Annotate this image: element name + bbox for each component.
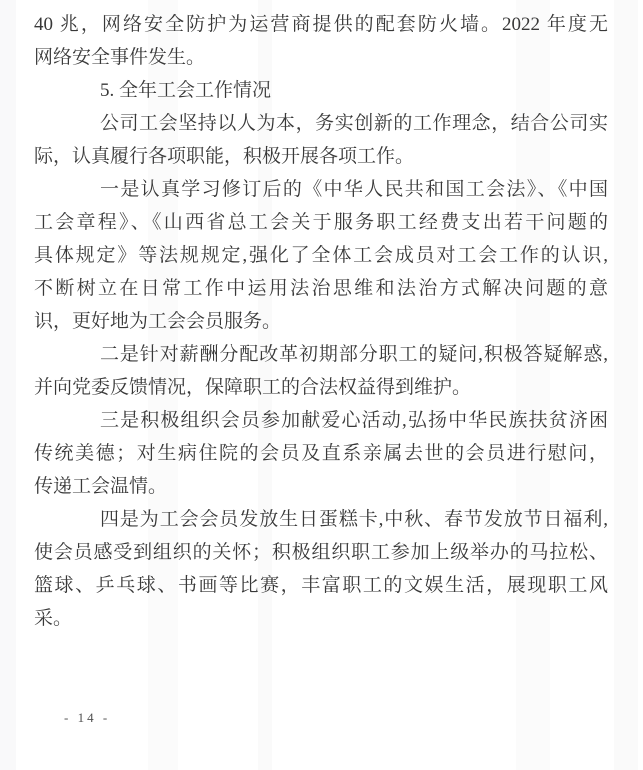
document-body: 40 兆，网络安全防护为运营商提供的配套防火墙。2022 年度无网络安全事件发生… bbox=[34, 8, 608, 635]
text-line: 40 兆，网络安全防护为运营商提供的配套防火墙。2022 年度无 bbox=[34, 8, 608, 41]
text-line: 际，认真履行各项职能，积极开展各项工作。 bbox=[34, 140, 608, 173]
text-line: 5. 全年工会工作情况 bbox=[34, 74, 608, 107]
text-line: 采。 bbox=[34, 602, 608, 635]
text-line: 二是针对薪酬分配改革初期部分职工的疑问,积极答疑解惑, bbox=[34, 338, 608, 371]
text-line: 识，更好地为工会会员服务。 bbox=[34, 305, 608, 338]
text-line: 具体规定》等法规规定,强化了全体工会成员对工会工作的认识, bbox=[34, 239, 608, 272]
text-line: 篮球、乒乓球、书画等比赛，丰富职工的文娱生活，展现职工风 bbox=[34, 569, 608, 602]
text-line: 三是积极组织会员参加献爱心活动,弘扬中华民族扶贫济困 bbox=[34, 404, 608, 437]
text-line: 公司工会坚持以人为本，务实创新的工作理念，结合公司实 bbox=[34, 107, 608, 140]
text-line: 四是为工会会员发放生日蛋糕卡,中秋、春节发放节日福利, bbox=[34, 503, 608, 536]
text-line: 网络安全事件发生。 bbox=[34, 41, 608, 74]
text-line: 一是认真学习修订后的《中华人民共和国工会法》、《中国 bbox=[34, 173, 608, 206]
page-number: - 14 - bbox=[64, 710, 110, 726]
text-line: 传统美德；对生病住院的会员及直系亲属去世的会员进行慰问， bbox=[34, 437, 608, 470]
text-line: 使会员感受到组织的关怀；积极组织职工参加上级举办的马拉松、 bbox=[34, 536, 608, 569]
text-line: 不断树立在日常工作中运用法治思维和法治方式解决问题的意 bbox=[34, 272, 608, 305]
text-line: 并向党委反馈情况，保障职工的合法权益得到维护。 bbox=[34, 371, 608, 404]
text-line: 工会章程》、《山西省总工会关于服务职工经费支出若干问题的 bbox=[34, 206, 608, 239]
text-line: 传递工会温情。 bbox=[34, 470, 608, 503]
document-page: 40 兆，网络安全防护为运营商提供的配套防火墙。2022 年度无网络安全事件发生… bbox=[0, 0, 643, 770]
